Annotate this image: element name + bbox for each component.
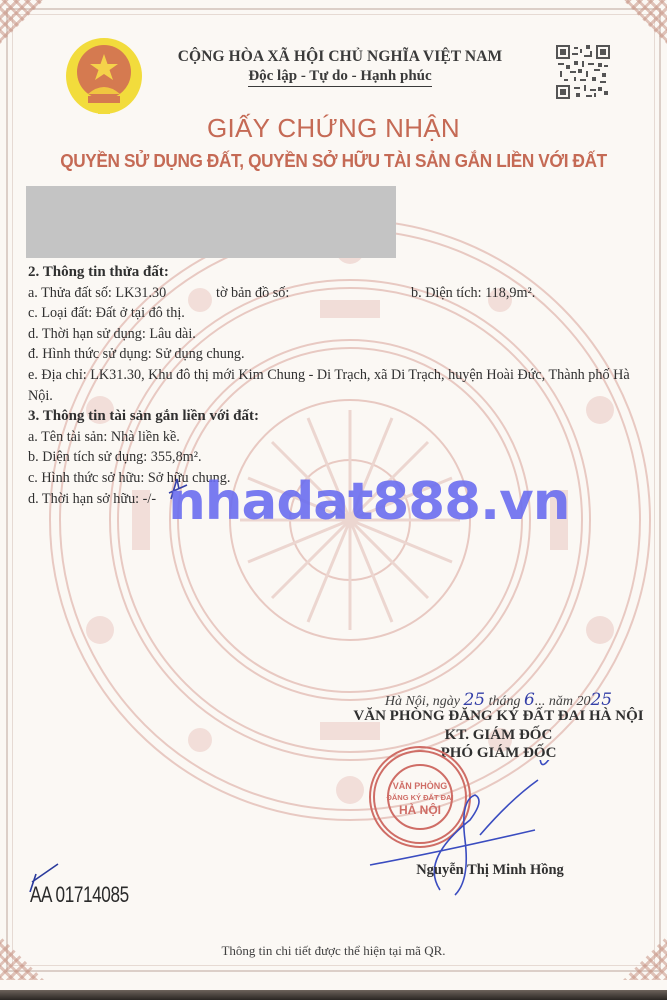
national-emblem-icon: [62, 36, 146, 120]
parcel-number: a. Thửa đất số: LK31.30: [28, 285, 166, 301]
land-address: e. Địa chỉ: LK31.30, Khu đô thị mới Kim …: [28, 365, 648, 406]
land-type: c. Loại đất: Đất ở tại đô thị.: [28, 303, 648, 324]
handwritten-signature-icon: [360, 760, 560, 900]
year-label: năm 20: [549, 694, 591, 709]
signer-name: Nguyễn Thị Minh Hồng: [360, 862, 620, 879]
land-area: b. Diện tích: 118,9m².: [411, 283, 535, 304]
redacted-owner-info: [26, 186, 396, 258]
date-month: 6: [524, 690, 535, 710]
certificate-title: GIẤY CHỨNG NHẬN: [0, 113, 667, 144]
issuing-office: VĂN PHÒNG ĐĂNG KÝ ĐẤT ĐAI HÀ NỘI: [330, 708, 667, 725]
date-year: 25: [590, 690, 612, 710]
qr-code-icon[interactable]: [556, 45, 610, 99]
certificate-subtitle: QUYỀN SỬ DỤNG ĐẤT, QUYỀN SỞ HỮU TÀI SẢN …: [23, 150, 643, 172]
issue-date: Hà Nội, ngày 25 tháng 6... năm 2025: [330, 690, 667, 710]
nation-heading: CỘNG HÒA XÃ HỘI CHỦ NGHĨA VIỆT NAM: [175, 48, 505, 66]
certificate-page: CỘNG HÒA XÃ HỘI CHỦ NGHĨA VIỆT NAM Độc l…: [0, 0, 667, 990]
national-motto: Độc lập - Tự do - Hạnh phúc: [175, 68, 505, 85]
date-prefix: Hà Nội, ngày: [385, 694, 460, 709]
usage-term: d. Thời hạn sử dụng: Lâu dài.: [28, 324, 648, 345]
section-land-heading: 2. Thông tin thửa đất:: [28, 262, 648, 283]
watermark-text: nhadat888.vn: [168, 472, 569, 532]
parcel-row: a. Thửa đất số: LK31.30 tờ bản đồ số: b.…: [28, 283, 648, 304]
usage-form: đ. Hình thức sử dụng: Sử dụng chung.: [28, 344, 648, 365]
floor-area: b. Diện tích sử dụng: 355,8m².: [28, 447, 648, 468]
motto-text: Độc lập - Tự do - Hạnh phúc: [248, 68, 431, 87]
section-asset-heading: 3. Thông tin tài sản gắn liền với đất:: [28, 406, 648, 427]
month-label: tháng: [489, 694, 521, 709]
asset-name: a. Tên tài sản: Nhà liền kề.: [28, 427, 648, 448]
photo-bottom-edge: [0, 990, 667, 1000]
map-sheet: tờ bản đồ số:: [216, 283, 289, 304]
date-day: 25: [463, 690, 485, 710]
qr-footer-note: Thông tin chi tiết được thể hiện tại mã …: [0, 943, 667, 959]
certificate-serial-number: AA 01714085: [30, 882, 129, 908]
